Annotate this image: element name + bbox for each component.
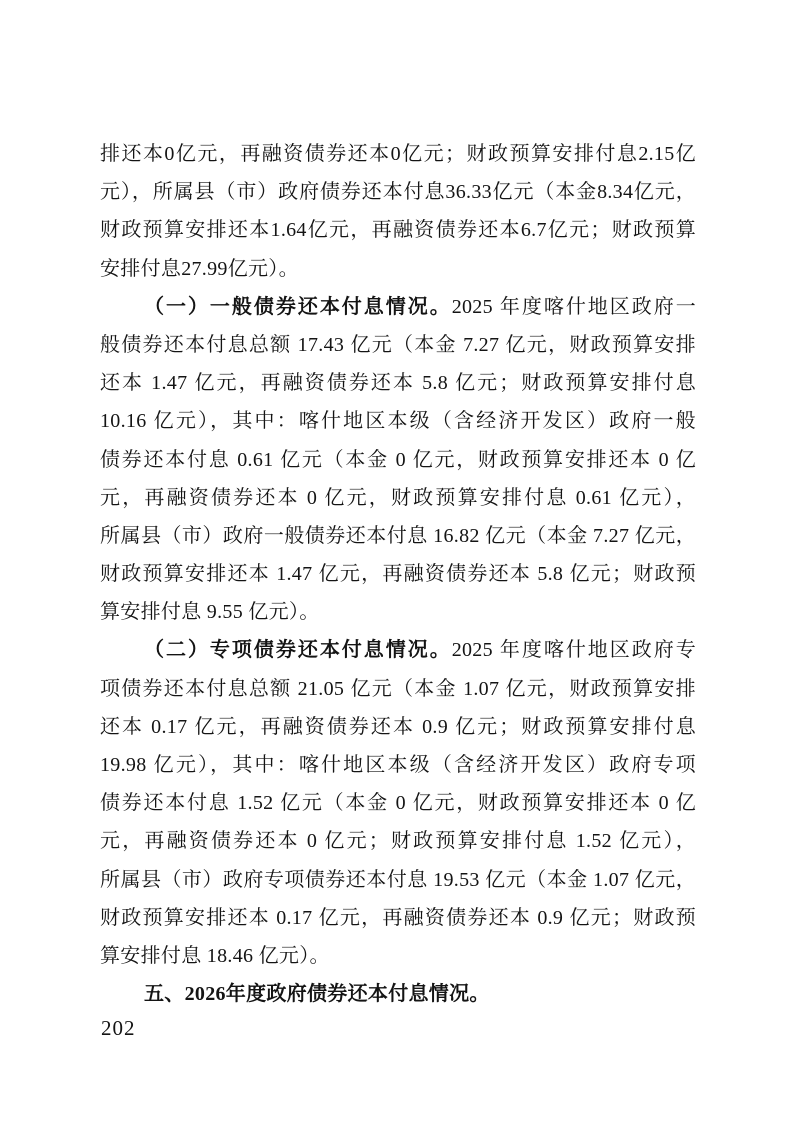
page-number: 202 bbox=[101, 1014, 136, 1042]
section-2-heading: （二）专项债券还本付息情况。 bbox=[144, 639, 452, 661]
text-line: 债券还本付息 0.61 亿元（本金 0 亿元，财政预算安排还本 0 亿 bbox=[100, 441, 696, 479]
text-line: 元，再融资债券还本 0 亿元；财政预算安排付息 1.52 亿元）， bbox=[100, 822, 696, 860]
section-5-heading: 五、2026年度政府债券还本付息情况。 bbox=[144, 983, 490, 1005]
text-line: 项债券还本付息总额 21.05 亿元（本金 1.07 亿元，财政预算安排 bbox=[100, 670, 696, 708]
section-2-heading-line: （二）专项债券还本付息情况。2025 年度喀什地区政府专 bbox=[100, 631, 696, 669]
text-line: 10.16 亿元），其中：喀什地区本级（含经济开发区）政府一般 bbox=[100, 402, 696, 440]
text-line: 财政预算安排还本1.64亿元，再融资债券还本6.7亿元；财政预算 bbox=[100, 211, 696, 249]
document-body: 排还本0亿元，再融资债券还本0亿元；财政预算安排付息2.15亿 元），所属县（市… bbox=[100, 135, 696, 1013]
text-line: 19.98 亿元），其中：喀什地区本级（含经济开发区）政府专项 bbox=[100, 746, 696, 784]
paragraph-last-line: 算安排付息 18.46 亿元）。 bbox=[100, 937, 696, 975]
paragraph-last-line: 安排付息27.99亿元）。 bbox=[100, 250, 696, 288]
text-line: 所属县（市）政府一般债券还本付息 16.82 亿元（本金 7.27 亿元， bbox=[100, 517, 696, 555]
text-run: 2025 年度喀什地区政府一 bbox=[452, 296, 696, 318]
text-line: 还本 1.47 亿元，再融资债券还本 5.8 亿元；财政预算安排付息 bbox=[100, 364, 696, 402]
text-line: 财政预算安排还本 0.17 亿元，再融资债券还本 0.9 亿元；财政预 bbox=[100, 899, 696, 937]
section-1-heading: （一）一般债券还本付息情况。 bbox=[144, 296, 452, 318]
text-line: 还本 0.17 亿元，再融资债券还本 0.9 亿元；财政预算安排付息 bbox=[100, 708, 696, 746]
text-line: 元），所属县（市）政府债券还本付息36.33亿元（本金8.34亿元， bbox=[100, 173, 696, 211]
paragraph-last-line: 算安排付息 9.55 亿元）。 bbox=[100, 593, 696, 631]
text-line: 财政预算安排还本 1.47 亿元，再融资债券还本 5.8 亿元；财政预 bbox=[100, 555, 696, 593]
text-line: 债券还本付息 1.52 亿元（本金 0 亿元，财政预算安排还本 0 亿 bbox=[100, 784, 696, 822]
text-line: 般债券还本付息总额 17.43 亿元（本金 7.27 亿元，财政预算安排 bbox=[100, 326, 696, 364]
section-1-heading-line: （一）一般债券还本付息情况。2025 年度喀什地区政府一 bbox=[100, 288, 696, 326]
text-run: 2025 年度喀什地区政府专 bbox=[452, 639, 696, 661]
section-5-heading-line: 五、2026年度政府债券还本付息情况。 bbox=[100, 975, 696, 1013]
text-line: 元，再融资债券还本 0 亿元，财政预算安排付息 0.61 亿元）， bbox=[100, 479, 696, 517]
text-line: 排还本0亿元，再融资债券还本0亿元；财政预算安排付息2.15亿 bbox=[100, 135, 696, 173]
text-line: 所属县（市）政府专项债券还本付息 19.53 亿元（本金 1.07 亿元， bbox=[100, 861, 696, 899]
